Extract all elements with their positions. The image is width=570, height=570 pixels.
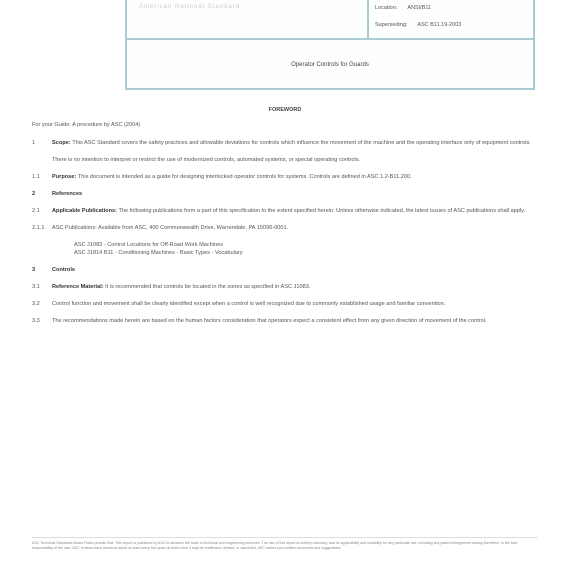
- clause-lead: Scope:: [52, 140, 72, 146]
- clause-number: 2.1.1: [32, 224, 52, 232]
- clause-lead: Applicable Publications:: [52, 208, 119, 214]
- clause-body: Scope: This ASC Standard covers the safe…: [52, 139, 538, 147]
- clause-number: 3.3: [32, 317, 52, 325]
- clause-number: 3.1: [32, 283, 52, 291]
- reference-item: ASC J1814 B11 - Conditioning Machines - …: [74, 249, 538, 257]
- section-heading: 3Controls: [32, 266, 538, 274]
- clause-body: Applicable Publications: The following p…: [52, 207, 538, 215]
- header-divider: [127, 38, 533, 40]
- header-faint-text: American National Standard: [139, 4, 240, 10]
- section-clause: 2.1.1ASC Publications: Available from AS…: [32, 224, 538, 232]
- header-field-location: Location: ANSI/B11: [375, 5, 431, 11]
- clause-lead: Reference Material:: [52, 284, 105, 290]
- section-clause: 1.1Purpose: This document is intended as…: [32, 173, 538, 181]
- document-title: Operator Controls for Guards: [127, 62, 533, 68]
- clause-number: 2.1: [32, 207, 52, 215]
- section-clause: 1Scope: This ASC Standard covers the saf…: [32, 139, 538, 147]
- section-paragraph: There is no intention to interpret or re…: [52, 156, 538, 164]
- reference-list: ASC J1083 - Control Locations for Off-Ro…: [52, 241, 538, 257]
- section-heading-text: References: [52, 190, 82, 198]
- preface-text: For your Guide: A procedure by ASC (2004…: [32, 121, 538, 129]
- clause-body: Reference Material: It is recommended th…: [52, 283, 538, 291]
- reference-item: ASC J1083 - Control Locations for Off-Ro…: [74, 241, 538, 249]
- clause-body: Control function and movement shall be c…: [52, 300, 538, 308]
- clause-number: 1: [32, 139, 52, 147]
- document-header-box: American National Standard Location: ANS…: [125, 0, 535, 90]
- clause-body: ASC Publications: Available from ASC, 40…: [52, 224, 538, 232]
- footnote: ASC Technical Standards Board Rules prov…: [32, 537, 538, 551]
- section-clause: 3.3The recommendations made herein are b…: [32, 317, 538, 325]
- clause-number: 3.2: [32, 300, 52, 308]
- section-number: 3: [32, 266, 52, 274]
- header-logo-cell: American National Standard: [127, 0, 369, 38]
- sections-container: 1Scope: This ASC Standard covers the saf…: [32, 139, 538, 325]
- section-heading-text: Controls: [52, 266, 75, 274]
- header-meta-cell: Location: ANSI/B11 Superseding: ASC B11.…: [369, 0, 533, 38]
- clause-body: The recommendations made herein are base…: [52, 317, 538, 325]
- section-clause: 3.2Control function and movement shall b…: [32, 300, 538, 308]
- section-number: 2: [32, 190, 52, 198]
- clause-number: 1.1: [32, 173, 52, 181]
- section-clause: 3.1Reference Material: It is recommended…: [32, 283, 538, 291]
- foreword-heading: FOREWORD: [32, 106, 538, 114]
- section-heading: 2References: [32, 190, 538, 198]
- header-field-superseding: Superseding: ASC B11.19-2003: [375, 22, 461, 28]
- clause-body: Purpose: This document is intended as a …: [52, 173, 538, 181]
- clause-lead: Purpose:: [52, 174, 78, 180]
- section-clause: 2.1Applicable Publications: The followin…: [32, 207, 538, 215]
- document-body: FOREWORD For your Guide: A procedure by …: [32, 106, 538, 334]
